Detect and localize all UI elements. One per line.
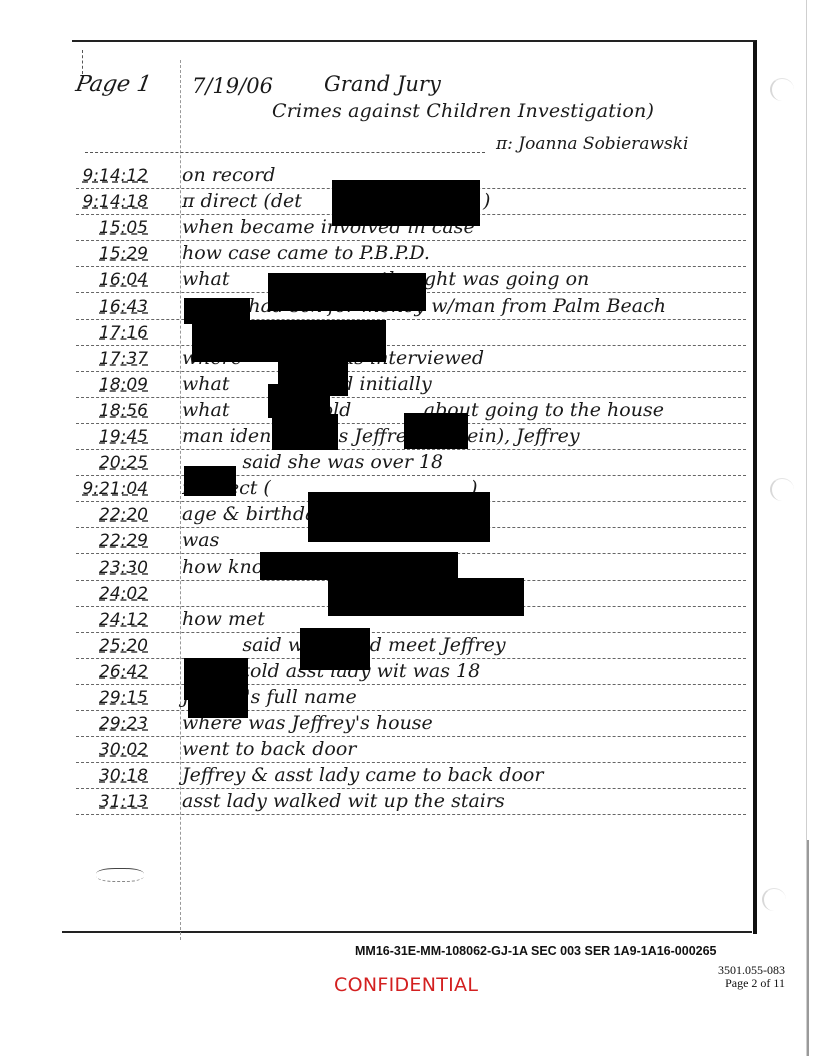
entry-time: 16:04 [58,270,148,290]
entry-time: 22:29 [58,531,148,551]
entry-time: 20:25 [58,453,148,473]
note-date: 7/19/06 [192,74,273,98]
redaction-box [260,552,458,580]
ruled-line [76,475,746,476]
ruled-line [76,658,746,659]
redaction-box [268,384,330,418]
entry-note: was [182,529,219,551]
entry-time: 19:45 [58,427,148,447]
binder-hole [762,888,786,911]
entry-time: 22:20 [58,505,148,525]
entry-time: 31:13 [58,792,148,812]
redaction-box [308,492,490,542]
binder-hole [770,78,794,101]
margin-tick [82,50,83,74]
entry-time: 18:56 [58,401,148,421]
ruled-line [76,449,746,450]
entry-time: 18:09 [58,375,148,395]
binder-hole [770,478,794,501]
entry-note: Jeffrey & asst lady came to back door [182,764,543,786]
scribble-mark [96,868,144,882]
ruled-line [76,345,746,346]
entry-time: 17:16 [58,323,148,343]
page-label: Page 1 [74,72,153,97]
ruled-line [76,397,746,398]
document-title: Grand Jury [324,72,441,96]
entry-note: asst lady walked wit up the stairs [182,790,505,812]
ruled-line [76,736,746,737]
entry-time: 23:30 [58,558,148,578]
entry-time: 16:43 [58,297,148,317]
ruled-line [76,710,746,711]
entry-time: 9:14:12 [58,166,148,186]
redaction-box [192,320,386,362]
ruled-line [76,762,746,763]
header-rule [85,152,485,153]
entry-time: 30:02 [58,740,148,760]
sheet-bottom-edge [62,931,752,933]
entry-note: man identified as Jeffrey Epstein), Jeff… [182,425,580,447]
redaction-box [332,180,480,226]
redaction-box [300,628,370,670]
entry-time: 9:21:04 [58,479,148,499]
ruled-line [76,814,746,815]
ruled-line [76,266,746,267]
entry-time: 26:42 [58,662,148,682]
ruled-line [76,319,746,320]
entry-time: 30:18 [58,766,148,786]
redaction-box [272,414,338,450]
redaction-box [188,688,248,718]
entry-note: how met [182,608,265,630]
ruled-line [76,684,746,685]
redaction-box [268,273,426,311]
entry-note: how case came to P.B.P.D. [182,242,430,264]
ruled-line [76,632,746,633]
paper-edge-shadow [807,840,809,1056]
entry-time: 24:12 [58,610,148,630]
redaction-box [328,578,524,616]
entry-note: went to back door [182,738,356,760]
confidential-label: CONFIDENTIAL [334,974,478,996]
entry-note: on record [182,164,275,186]
margin-rule [180,60,181,940]
entry-time: 9:14:18 [58,192,148,212]
entry-time: 29:23 [58,714,148,734]
entry-time: 17:37 [58,349,148,369]
witness-name: π: Joanna Sobierawski [496,134,688,154]
redaction-box [404,413,468,449]
entry-time: 24:02 [58,584,148,604]
redaction-box [184,466,236,496]
ruled-line [76,371,746,372]
unit-name: Crimes against Children Investigation) [272,100,654,122]
ruled-line [76,788,746,789]
entry-time: 15:29 [58,244,148,264]
entry-time: 29:15 [58,688,148,708]
page-number: Page 2 of 11 [700,977,785,990]
entry-time: 25:20 [58,636,148,656]
ruled-line [76,240,746,241]
document-control-number: MM16-31E-MM-108062-GJ-1A SEC 003 SER 1A9… [355,944,717,958]
entry-time: 15:05 [58,218,148,238]
bates-block: 3501.055-083 Page 2 of 11 [700,964,785,990]
